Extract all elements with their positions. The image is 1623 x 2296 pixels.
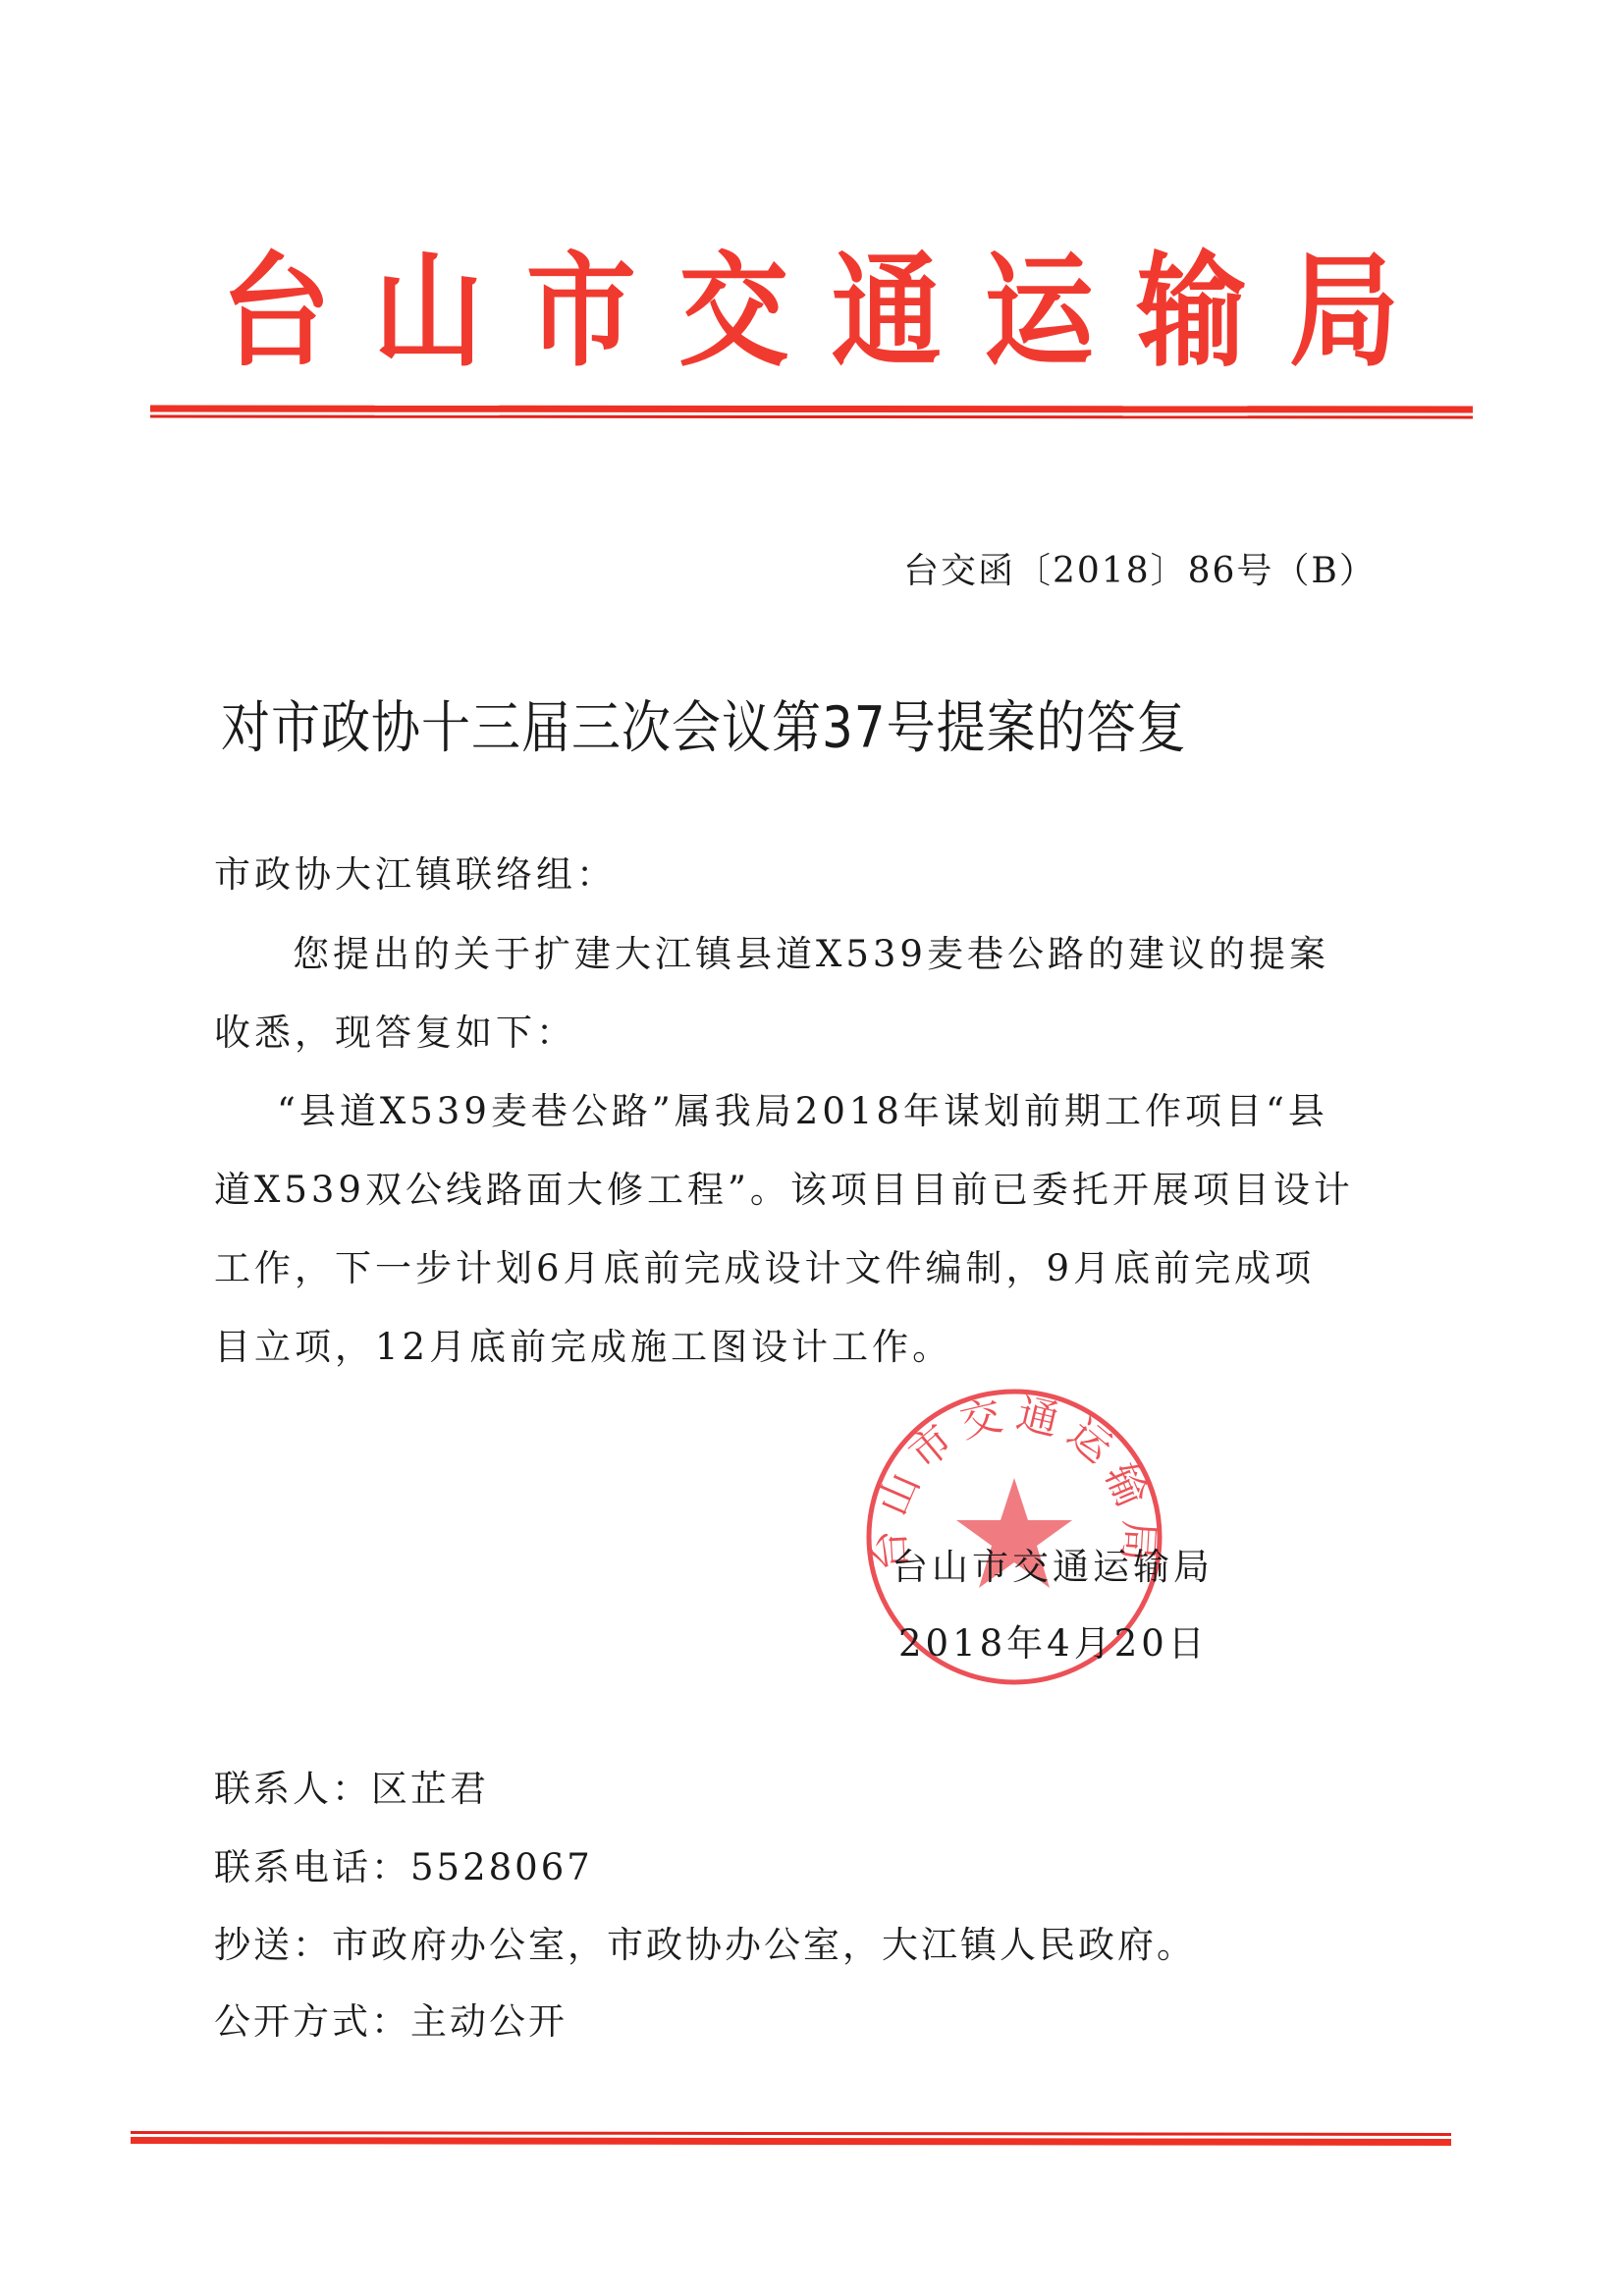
signature-org: 台山市交通运输局	[892, 1549, 1214, 1585]
body-line: 目立项，12月底前完成施工图设计工作。	[214, 1329, 952, 1365]
masthead-char: 运	[984, 250, 1094, 373]
body-line: 工作，下一步计划6月底前完成设计文件编制，9月底前完成项	[214, 1250, 1315, 1286]
masthead-char: 输	[1137, 250, 1247, 373]
salutation: 市政协大江镇联络组：	[214, 856, 617, 893]
body-line: 道X539双公线路面大修工程”。该项目目前已委托开展项目设计	[214, 1172, 1354, 1208]
contact-person: 联系人：区芷君	[214, 1771, 489, 1807]
masthead-char: 山	[373, 250, 483, 373]
masthead-char: 局	[1289, 250, 1399, 373]
cc-recipients: 抄送：市政府办公室，市政协办公室，大江镇人民政府。	[214, 1927, 1196, 1963]
signature-date: 2018年4月20日	[898, 1625, 1209, 1662]
disclosure-method: 公开方式：主动公开	[214, 2003, 568, 2040]
document-number: 台交函〔2018〕86号（B）	[903, 543, 1377, 593]
masthead-char: 交	[678, 250, 788, 373]
header-rule-thick	[150, 406, 1473, 413]
footer-rule-thick	[131, 2137, 1451, 2146]
body-line: “县道X539麦巷公路”属我局2018年谋划前期工作项目“县	[277, 1093, 1328, 1129]
body-line: 您提出的关于扩建大江镇县道X539麦巷公路的建议的提案	[293, 936, 1329, 972]
masthead-char: 通	[832, 250, 942, 373]
masthead: 台 山 市 交 通 运 输 局	[147, 244, 1473, 381]
document-title: 对市政协十三届三次会议第37号提案的答复	[221, 683, 1187, 764]
header-rule-thin	[150, 415, 1473, 419]
footer-rule-thin	[131, 2131, 1451, 2136]
masthead-char: 市	[526, 250, 636, 373]
masthead-char: 台	[221, 250, 331, 373]
body-line: 收悉，现答复如下：	[214, 1014, 576, 1051]
contact-phone: 联系电话：5528067	[214, 1849, 593, 1886]
